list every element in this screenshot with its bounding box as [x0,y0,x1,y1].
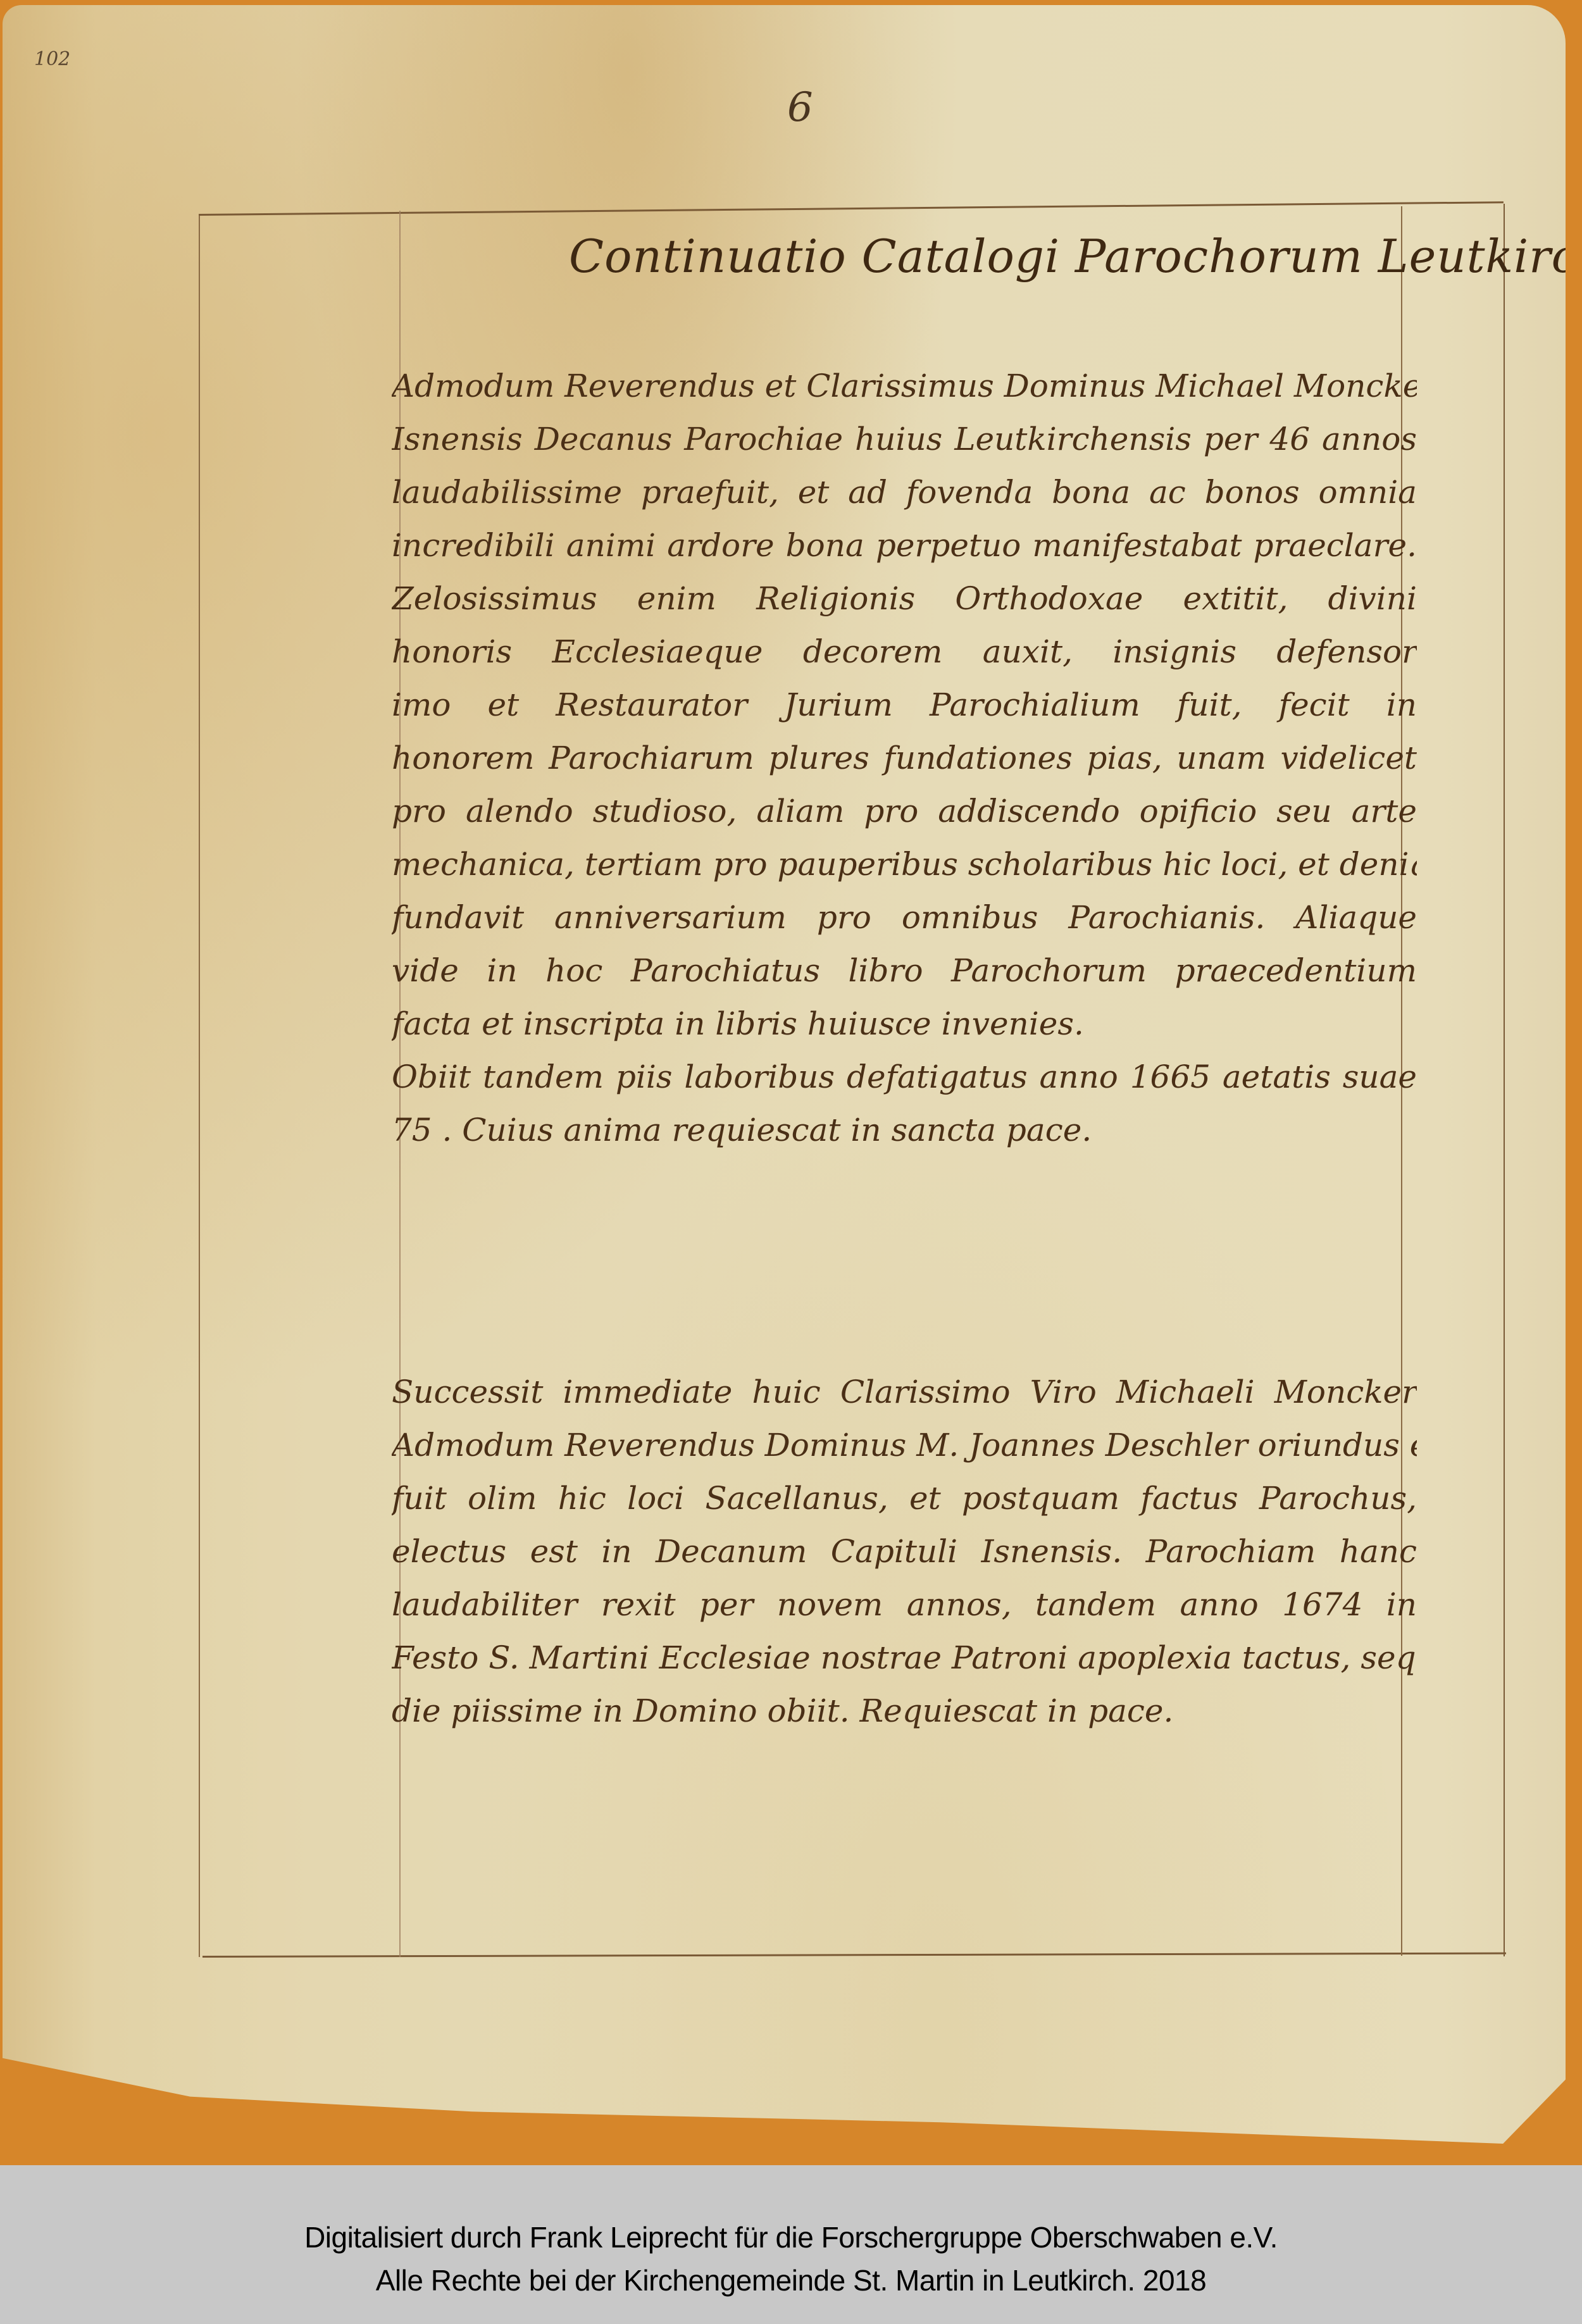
text-line: incredibili animi ardore bona perpetuo m… [392,519,1417,572]
text-line: electus est in Decanum Capituli Isnensis… [392,1525,1417,1578]
paragraph-1: Admodum Reverendus et Clarissimus Dominu… [392,359,1417,1157]
text-line: honoris Ecclesiaeque decorem auxit, insi… [392,625,1417,678]
text-line: 75 . Cuius anima requiescat in sancta pa… [392,1103,1417,1157]
manuscript-title: Continuatio Catalogi Parochorum Leutkirc… [569,230,1499,283]
text-line: die piissime in Domino obiit. Requiescat… [392,1684,1417,1737]
frame-rule-top [199,201,1504,216]
copyright-caption: Digitalisiert durch Frank Leiprecht für … [0,2165,1582,2324]
caption-line-digitized: Digitalisiert durch Frank Leiprecht für … [0,2217,1582,2258]
text-line: Festo S. Martini Ecclesiae nostrae Patro… [392,1631,1417,1684]
text-line: pro alendo studioso, aliam pro addiscend… [392,785,1417,838]
text-line: Successit immediate huic Clarissimo Viro… [392,1365,1417,1419]
paragraph-2: Successit immediate huic Clarissimo Viro… [392,1365,1417,1737]
text-line: vide in hoc Parochiatus libro Parochorum… [392,944,1417,997]
text-line: honorem Parochiarum plures fundationes p… [392,731,1417,785]
frame-rule-right [1504,204,1505,1956]
manuscript-page: 102 6 Continuatio Catalogi Parochorum Le… [3,5,1566,2144]
caption-line-rights: Alle Rechte bei der Kirchengemeinde St. … [0,2260,1582,2301]
text-line: Obiit tandem piis laboribus defatigatus … [392,1050,1417,1103]
text-line: facta et inscripta in libris huiusce inv… [392,997,1417,1050]
folio-number: 102 [34,48,70,70]
text-line: mechanica, tertiam pro pauperibus schola… [392,838,1417,891]
text-line: Isnensis Decanus Parochiae huius Leutkir… [392,413,1417,466]
frame-rule-bottom [202,1953,1506,1958]
text-line: Admodum Reverendus et Clarissimus Dominu… [392,359,1417,413]
text-line: laudabilissime praefuit, et ad fovenda b… [392,466,1417,519]
text-line: imo et Restaurator Jurium Parochialium f… [392,678,1417,731]
text-line: Admodum Reverendus Dominus M. Joannes De… [392,1419,1417,1472]
text-line: Zelosissimus enim Religionis Orthodoxae … [392,572,1417,625]
page-number: 6 [787,84,813,131]
text-line: laudabiliter rexit per novem annos, tand… [392,1578,1417,1631]
text-line: fuit olim hic loci Sacellanus, et postqu… [392,1472,1417,1525]
manuscript-scan: 102 6 Continuatio Catalogi Parochorum Le… [0,0,1582,2165]
frame-rule-left [199,216,200,1957]
text-line: fundavit anniversarium pro omnibus Paroc… [392,891,1417,944]
